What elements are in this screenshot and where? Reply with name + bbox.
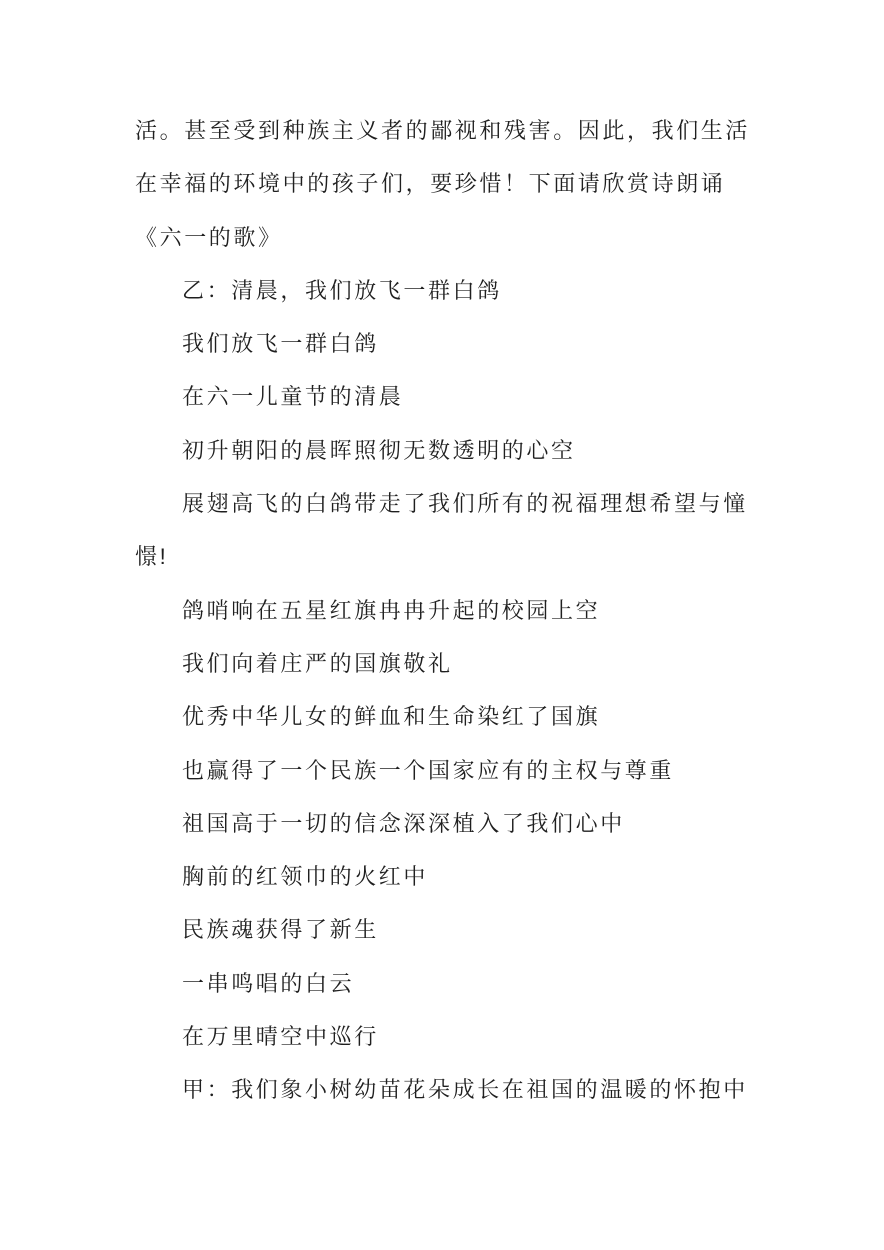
text-line: 在六一儿童节的清晨	[135, 370, 755, 423]
text-line: 甲：我们象小树幼苗花朵成长在祖国的温暖的怀抱中	[135, 1063, 755, 1116]
document-page: 活。甚至受到种族主义者的鄙视和残害。因此，我们生活在幸福的环境中的孩子们，要珍惜…	[0, 0, 884, 1250]
text-line: 《六一的歌》	[135, 211, 755, 264]
text-line: 也赢得了一个民族一个国家应有的主权与尊重	[135, 744, 755, 797]
text-line: 活。甚至受到种族主义者的鄙视和残害。因此，我们生活	[135, 104, 755, 157]
document-body: 活。甚至受到种族主义者的鄙视和残害。因此，我们生活在幸福的环境中的孩子们，要珍惜…	[135, 104, 755, 1117]
text-line: 祖国高于一切的信念深深植入了我们心中	[135, 797, 755, 850]
text-line: 乙：清晨，我们放飞一群白鸽	[135, 264, 755, 317]
text-line: 鸽哨响在五星红旗冉冉升起的校园上空	[135, 584, 755, 637]
text-line: 优秀中华儿女的鲜血和生命染红了国旗	[135, 690, 755, 743]
text-line: 一串鸣唱的白云	[135, 957, 755, 1010]
text-line: 我们放飞一群白鸽	[135, 317, 755, 370]
text-line: 我们向着庄严的国旗敬礼	[135, 637, 755, 690]
text-line: 展翅高飞的白鸽带走了我们所有的祝福理想希望与憧	[135, 477, 755, 530]
text-line: 民族魂获得了新生	[135, 903, 755, 956]
text-line: 在万里晴空中巡行	[135, 1010, 755, 1063]
text-line: 在幸福的环境中的孩子们，要珍惜！下面请欣赏诗朗诵	[135, 157, 755, 210]
text-line: 胸前的红领巾的火红中	[135, 850, 755, 903]
text-line: 憬!	[135, 530, 755, 583]
text-line: 初升朝阳的晨晖照彻无数透明的心空	[135, 424, 755, 477]
